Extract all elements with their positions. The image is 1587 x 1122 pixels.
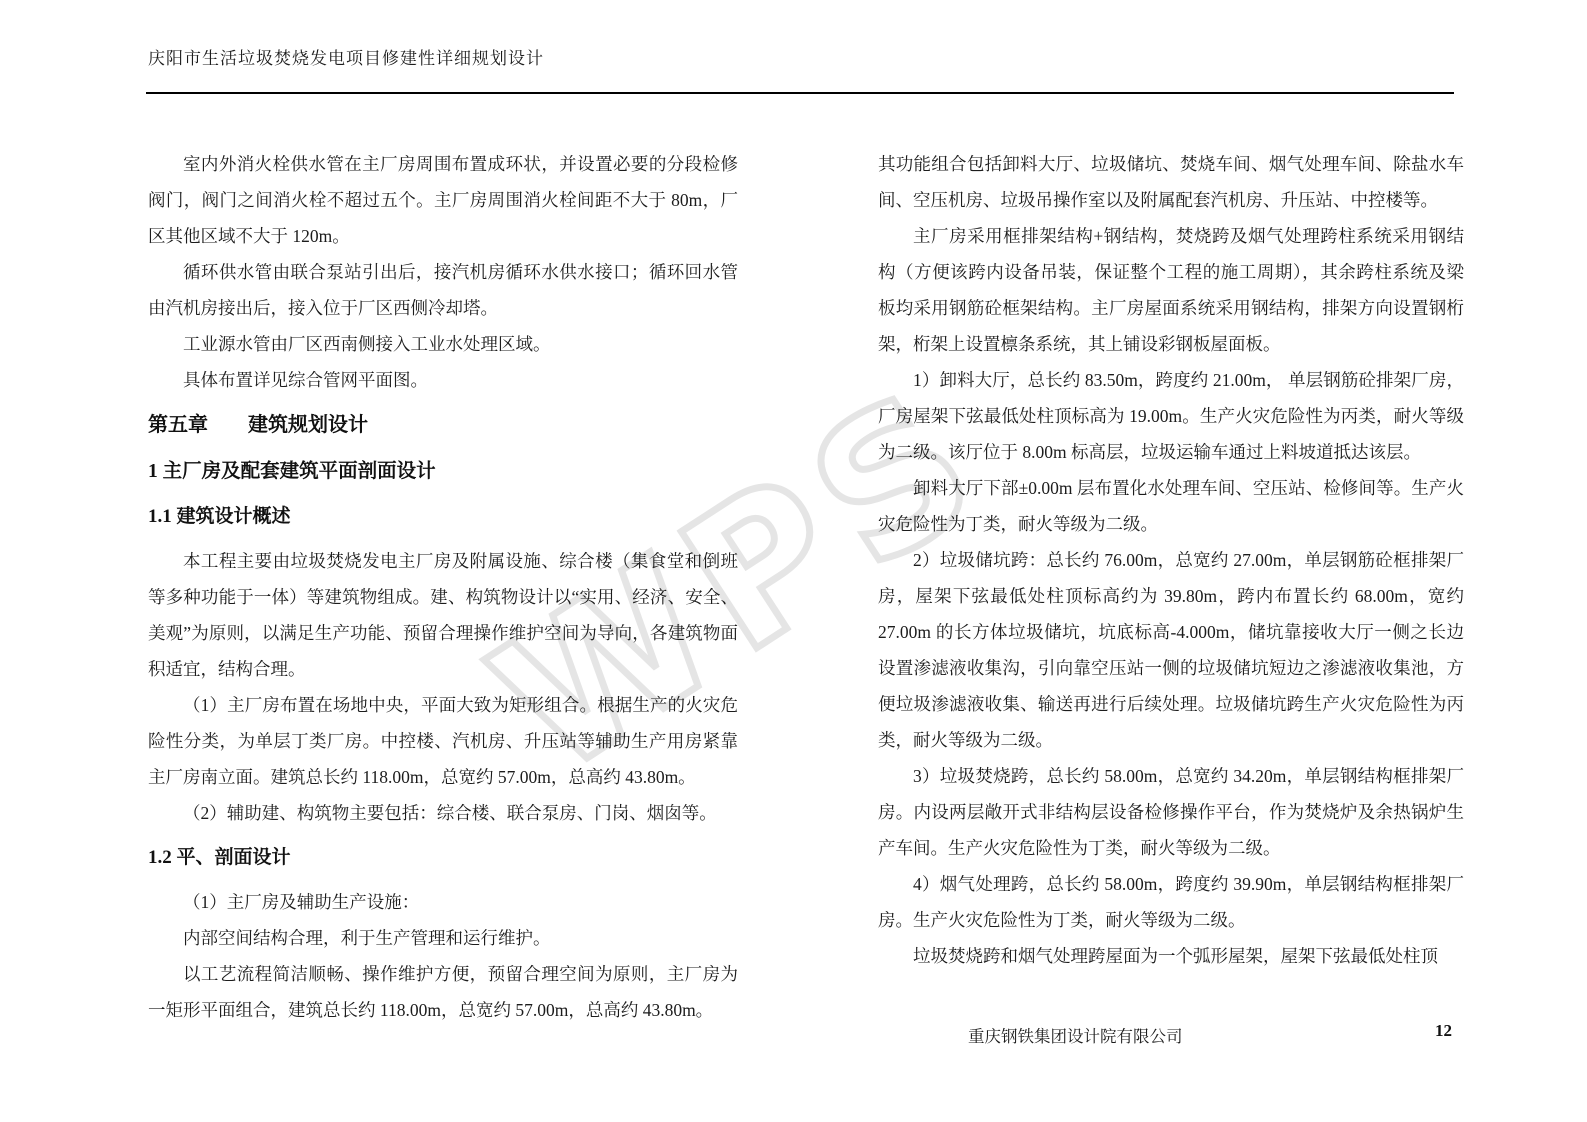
footer-company-name: 重庆钢铁集团设计院有限公司 xyxy=(968,1023,1183,1047)
paragraph: 本工程主要由垃圾焚烧发电主厂房及附属设施、综合楼（集食堂和倒班等多种功能于一体）… xyxy=(148,543,738,687)
paragraph: 主厂房采用框排架结构+钢结构，焚烧跨及烟气处理跨柱系统采用钢结构（方便该跨内设备… xyxy=(878,218,1464,362)
paragraph: 循环供水管由联合泵站引出后，接汽机房循环水供水接口；循环回水管由汽机房接出后，接… xyxy=(148,254,738,326)
paragraph: （2）辅助建、构筑物主要包括：综合楼、联合泵房、门岗、烟囱等。 xyxy=(148,795,738,831)
footer-page-number: 12 xyxy=(1435,1021,1452,1041)
document-page: { "header": { "title": "庆阳市生活垃圾焚烧发电项目修建性… xyxy=(0,0,1587,1122)
subsection-heading: 1.1 建筑设计概述 xyxy=(148,498,738,535)
paragraph: 具体布置详见综合管网平面图。 xyxy=(148,362,738,398)
left-column: 室内外消火栓供水管在主厂房周围布置成环状，并设置必要的分段检修阀门，阀门之间消火… xyxy=(148,146,738,1028)
paragraph: （1）主厂房布置在场地中央，平面大致为矩形组合。根据生产的火灾危险性分类，为单层… xyxy=(148,687,738,795)
paragraph: 工业源水管由厂区西南侧接入工业水处理区域。 xyxy=(148,326,738,362)
paragraph: 垃圾焚烧跨和烟气处理跨屋面为一个弧形屋架，屋架下弦最低处柱顶 xyxy=(878,938,1464,974)
paragraph: （1）主厂房及辅助生产设施： xyxy=(148,884,738,920)
document-header-title: 庆阳市生活垃圾焚烧发电项目修建性详细规划设计 xyxy=(148,44,544,69)
paragraph: 4）烟气处理跨，总长约 58.00m，跨度约 39.90m，单层钢结构框排架厂房… xyxy=(878,866,1464,938)
paragraph: 室内外消火栓供水管在主厂房周围布置成环状，并设置必要的分段检修阀门，阀门之间消火… xyxy=(148,146,738,254)
right-column: 其功能组合包括卸料大厅、垃圾储坑、焚烧车间、烟气处理车间、除盐水车间、空压机房、… xyxy=(878,146,1464,974)
paragraph: 3）垃圾焚烧跨，总长约 58.00m，总宽约 34.20m，单层钢结构框排架厂房… xyxy=(878,758,1464,866)
paragraph: 内部空间结构合理，利于生产管理和运行维护。 xyxy=(148,920,738,956)
header-divider-rule xyxy=(146,92,1454,94)
section-heading: 1 主厂房及配套建筑平面剖面设计 xyxy=(148,453,738,490)
paragraph: 1）卸料大厅，总长约 83.50m，跨度约 21.00m， 单层钢筋砼排架厂房，… xyxy=(878,362,1464,470)
subsection-heading: 1.2 平、剖面设计 xyxy=(148,839,738,876)
chapter-heading: 第五章 建筑规划设计 xyxy=(148,407,738,444)
paragraph-continuation: 其功能组合包括卸料大厅、垃圾储坑、焚烧车间、烟气处理车间、除盐水车间、空压机房、… xyxy=(878,146,1464,218)
paragraph: 卸料大厅下部±0.00m 层布置化水处理车间、空压站、检修间等。生产火灾危险性为… xyxy=(878,470,1464,542)
paragraph: 以工艺流程简洁顺畅、操作维护方便，预留合理空间为原则，主厂房为一矩形平面组合，建… xyxy=(148,956,738,1028)
paragraph: 2）垃圾储坑跨：总长约 76.00m，总宽约 27.00m，单层钢筋砼框排架厂房… xyxy=(878,542,1464,758)
